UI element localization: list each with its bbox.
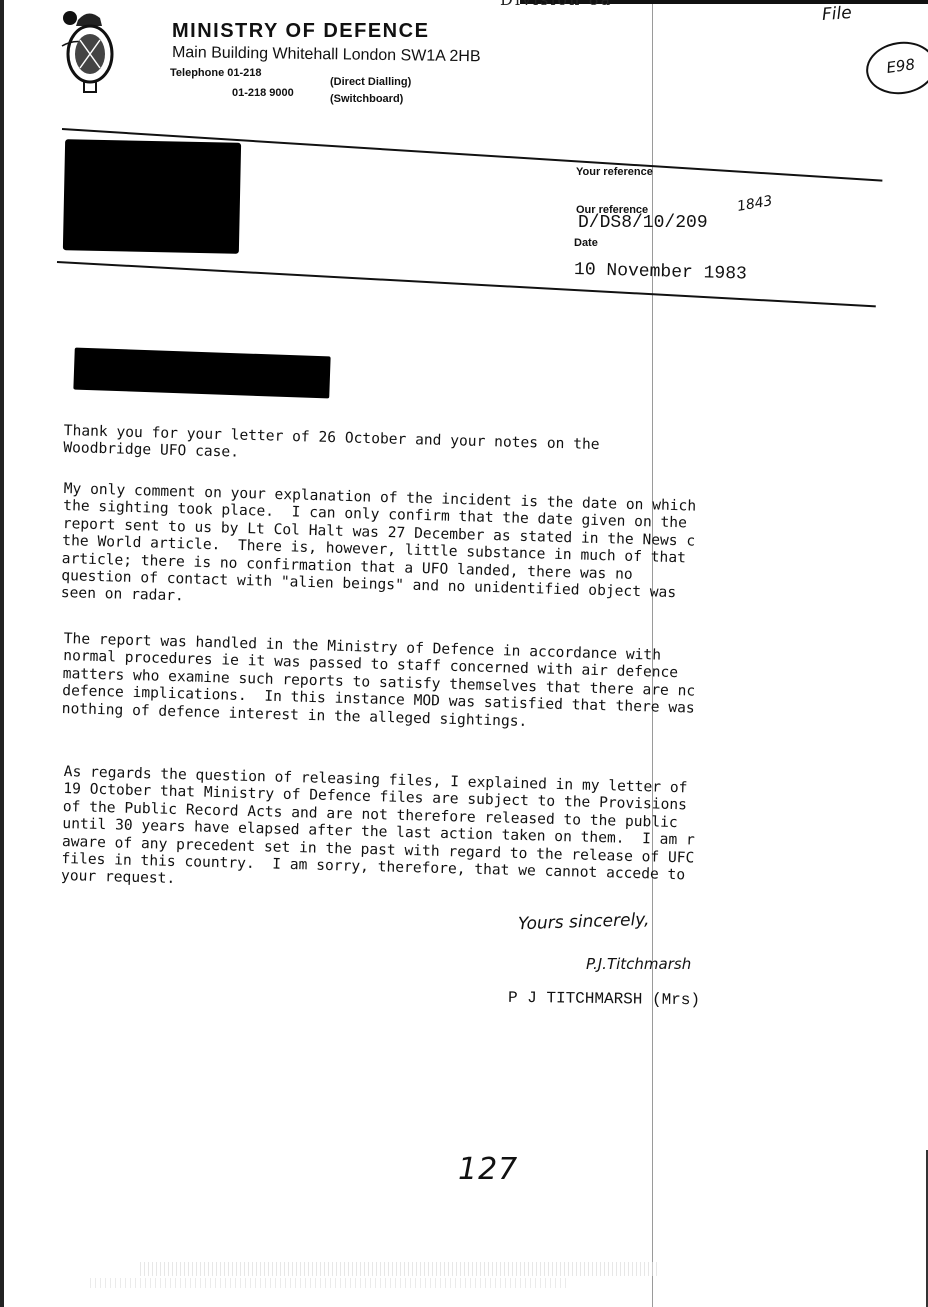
ministry-title: MINISTRY OF DEFENCE [172,20,429,43]
ministry-address: Main Building Whitehall London SW1A 2HB [172,44,481,66]
paragraph-2: My only comment on your explanation of t… [61,480,697,619]
royal-crest-icon [60,6,116,96]
scan-left-edge [0,0,4,1307]
closing-handwritten: Yours sincerely, [518,910,650,935]
switchboard-number: 01-218 9000 [232,87,294,99]
our-reference-value: D/DS8/10/209 [578,213,708,233]
date-value: 10 November 1983 [574,260,747,285]
redacted-addressee-block [63,139,241,254]
date-label: Date [574,237,598,249]
paragraph-3: The report was handled in the Ministry o… [62,630,697,735]
circled-file-code: E98 [863,37,928,98]
telephone-direct: Telephone 01-218 [170,67,262,79]
signer-name: P J TITCHMARSH (Mrs) [508,989,700,1009]
division-stamp: Division 8a [500,0,612,9]
paragraph-4: As regards the question of releasing fil… [61,763,697,901]
scan-noise [140,1262,660,1276]
paragraph-1: Thank you for your letter of 26 October … [63,422,600,471]
divider-bottom [57,261,876,307]
your-reference-label: Your reference [576,166,653,178]
scan-noise [90,1278,570,1288]
handwritten-ref-suffix: 1843 [736,193,774,215]
signature: P.J.Titchmarsh [586,955,691,973]
handwritten-file-note: File [821,3,852,25]
handwritten-page-number: 127 [458,1152,518,1187]
redacted-salutation [73,348,330,399]
switchboard-label: (Switchboard) [330,93,403,105]
direct-dialling-label: (Direct Dialling) [330,76,411,88]
